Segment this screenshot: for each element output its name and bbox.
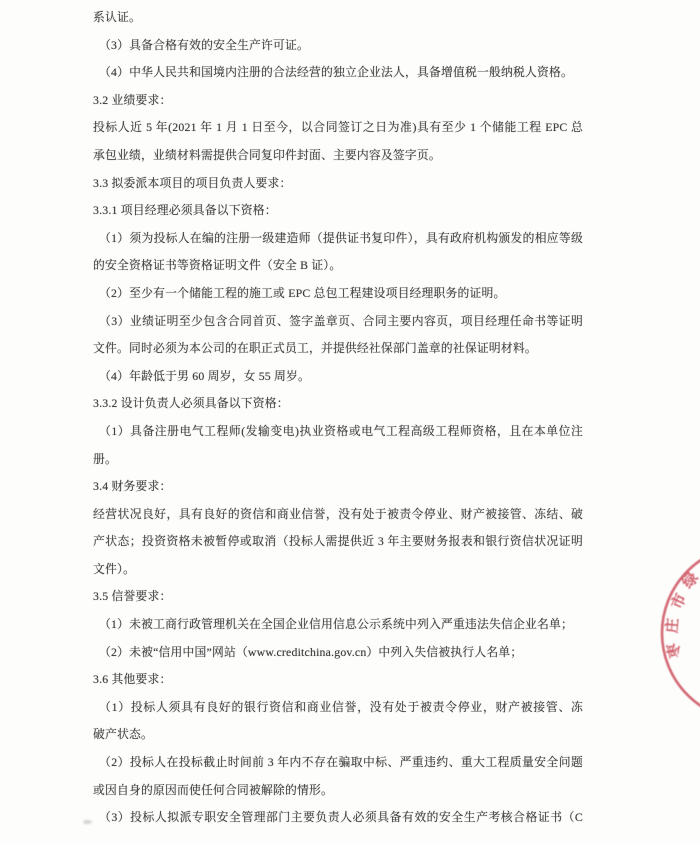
document-line: 经营状况良好，具有良好的资信和商业信誉，没有处于被责令停业、财产被接管、冻结、破 (93, 501, 583, 529)
document-line: （1）投标人须具有良好的银行资信和商业信誉，没有处于被责令停业，财产被接管、冻结… (93, 694, 583, 722)
document-line: 系认证。 (93, 4, 583, 32)
document-line: 承包业绩，业绩材料需提供合同复印件封面、主要内容及签字页。 (93, 142, 583, 170)
text-block: 系认证。（3）具备合格有效的安全生产许可证。（4）中华人民共和国境内注册的合法经… (93, 4, 583, 832)
document-line: 文件。同时必须为本公司的在职正式员工，并提供经社保部门盖章的社保证明材料。 (93, 335, 583, 363)
document-line: （4）中华人民共和国境内注册的合法经营的独立企业法人，具备增值税一般纳税人资格。 (93, 59, 583, 87)
document-line: 3.2 业绩要求： (93, 87, 583, 115)
seal-char: 市 (667, 591, 690, 612)
document-line: 投标人近 5 年(2021 年 1 月 1 日至今，以合同签订之日为准)具有至少… (93, 114, 583, 142)
seal-char: 绿 (679, 569, 700, 592)
document-line: （1）具备注册电气工程师(发输变电)执业资格或电气工程高级工程师资格，且在本单位… (93, 418, 583, 446)
seal-char: 庄 (663, 617, 682, 634)
document-line: 3.4 财务要求： (93, 473, 583, 501)
document-line: 册。 (93, 446, 583, 474)
document-line: （2）投标人在投标截止时间前 3 年内不存在骗取中标、严重违约、重大工程质量安全… (93, 749, 583, 777)
seal-char: 枣 (664, 641, 685, 660)
document-line: （3）具备合格有效的安全生产许可证。 (93, 32, 583, 60)
document-line: （3）业绩证明至少包含合同首页、签字盖章页、合同主要内容页，项目经理任命书等证明 (93, 308, 583, 336)
document-line: 3.5 信誉要求： (93, 583, 583, 611)
scan-artifact (83, 820, 92, 824)
document-line: （2）未被“信用中国”网站（www.creditchina.gov.cn）中列入… (93, 639, 583, 667)
document-line: （3）投标人拟派专职安全管理部门主要负责人必须具备有效的安全生产考核合格证书（C (93, 804, 583, 832)
document-line: 3.6 其他要求： (93, 666, 583, 694)
document-line: 文件）。 (93, 556, 583, 584)
document-line: （1）须为投标人在编的注册一级建造师（提供证书复印件），具有政府机构颁发的相应等… (93, 225, 583, 253)
document-line: 3.3.2 设计负责人必须具备以下资格： (93, 390, 583, 418)
document-line: 或因自身的原因而使任何合同被解除的情形。 (93, 777, 583, 805)
seal-ring (662, 545, 700, 721)
document-line: 3.3.1 项目经理必须具备以下资格： (93, 197, 583, 225)
document-page: 系认证。（3）具备合格有效的安全生产许可证。（4）中华人民共和国境内注册的合法经… (0, 0, 700, 843)
document-line: 3.3 拟委派本项目的项目负责人要求： (93, 170, 583, 198)
document-line: 产状态；投资资格未被暂停或取消（投标人需提供近 3 年主要财务报表和银行资信状况… (93, 528, 583, 556)
document-line: （4）年龄低于男 60 周岁，女 55 周岁。 (93, 363, 583, 391)
document-line: （2）至少有一个储能工程的施工或 EPC 总包工程建设项目经理职务的证明。 (93, 280, 583, 308)
official-seal: 枣 庄 市 绿 (612, 537, 700, 722)
document-line: 破产状态。 (93, 721, 583, 749)
document-line: 的安全资格证书等资格证明文件（安全 B 证）。 (93, 252, 583, 280)
document-line: （1）未被工商行政管理机关在全国企业信用信息公示系统中列入严重违法失信企业名单； (93, 611, 583, 639)
